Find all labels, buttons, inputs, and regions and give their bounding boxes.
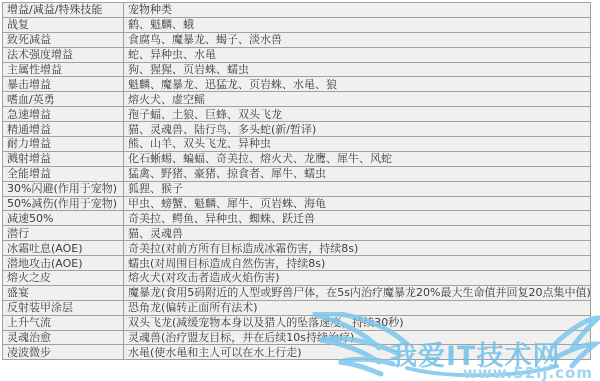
table-row: 溅射增益 化石蜥蜴、蝙蝠、奇美拉、熔火犬、龙鹰、犀牛、风蛇: [3, 151, 591, 166]
pets-cell: 化石蜥蜴、蝙蝠、奇美拉、熔火犬、龙鹰、犀牛、风蛇: [124, 151, 591, 166]
pet-skill-table: 增益/减益/特殊技能 宠物种类 战复 鹤、魁麟、蛾 致死减益 食腐鸟、魔暴龙、蝎…: [2, 2, 591, 360]
skill-cell: 凌波微步: [3, 345, 124, 360]
pets-cell: 孢子蝠、土狼、巨蜂、双头飞龙: [124, 107, 591, 122]
table-row: 潜地攻击(AOE) 蠕虫(对周围目标造成自然伤害，持续8s): [3, 256, 591, 271]
table-row: 暴击增益 魁麟、魔暴龙、迅猛龙、页岩蛛、水黾、狼: [3, 77, 591, 92]
pets-cell: 恐角龙(偏转正面所有法术): [124, 300, 591, 315]
table-row: 熔火之皮 熔火犬(对攻击者造成火焰伤害): [3, 271, 591, 286]
table-row: 凌波微步 水黾(使水黾和主人可以在水上行走): [3, 345, 591, 360]
header-pets-column: 宠物种类: [124, 3, 591, 18]
pets-cell: 双头飞龙(减缓宠物本身以及猎人的坠落速度，持续30秒): [124, 315, 591, 330]
table-row: 嗜血/英勇 熔火犬、虚空鳐: [3, 92, 591, 107]
skill-cell: 战复: [3, 17, 124, 32]
table-row: 主属性增益 狗、猩猩、页岩蛛、蠕虫: [3, 62, 591, 77]
skill-cell: 精通增益: [3, 122, 124, 137]
pets-cell: 水黾(使水黾和主人可以在水上行走): [124, 345, 591, 360]
skill-cell: 溅射增益: [3, 151, 124, 166]
skill-cell: 熔火之皮: [3, 271, 124, 286]
skill-cell: 法术强度增益: [3, 47, 124, 62]
skill-cell: 暴击增益: [3, 77, 124, 92]
skill-cell: 主属性增益: [3, 62, 124, 77]
skill-cell: 潜行: [3, 226, 124, 241]
header-skill-column: 增益/减益/特殊技能: [3, 3, 124, 18]
table-row: 战复 鹤、魁麟、蛾: [3, 17, 591, 32]
table-row: 减速50% 奇美拉、鳄鱼、异种虫、蜘蛛、跃迁兽: [3, 211, 591, 226]
table-row: 上升气流 双头飞龙(减缓宠物本身以及猎人的坠落速度，持续30秒): [3, 315, 591, 330]
pets-cell: 奇美拉、鳄鱼、异种虫、蜘蛛、跃迁兽: [124, 211, 591, 226]
pets-cell: 奇美拉(对前方所有目标造成冰霜伤害，持续8s): [124, 241, 591, 256]
skill-cell: 耐力增益: [3, 137, 124, 152]
pets-cell: 甲虫、螃蟹、魁麟、犀牛、页岩蛛、海龟: [124, 196, 591, 211]
pets-cell: 魁麟、魔暴龙、迅猛龙、页岩蛛、水黾、狼: [124, 77, 591, 92]
table-row: 盛宴 魔暴龙(食用5码附近的人型或野兽尸体，在5s内治疗魔暴龙20%最大生命值并…: [3, 285, 591, 300]
skill-cell: 盛宴: [3, 285, 124, 300]
pets-cell: 蛇、异种虫、水黾: [124, 47, 591, 62]
pets-cell: 蠕虫(对周围目标造成自然伤害，持续8s): [124, 256, 591, 271]
skill-cell: 50%减伤(作用于宠物): [3, 196, 124, 211]
pets-cell: 猫、灵魂兽、陆行鸟、多头蛇(新/暂译): [124, 122, 591, 137]
pets-cell: 狐狸、猴子: [124, 181, 591, 196]
skill-cell: 反射装甲涂层: [3, 300, 124, 315]
table-header-row: 增益/减益/特殊技能 宠物种类: [3, 3, 591, 18]
table-row: 反射装甲涂层 恐角龙(偏转正面所有法术): [3, 300, 591, 315]
pets-cell: 熊、山羊、双头飞龙、异种虫: [124, 137, 591, 152]
table-row: 急速增益 孢子蝠、土狼、巨蜂、双头飞龙: [3, 107, 591, 122]
table-row: 50%减伤(作用于宠物) 甲虫、螃蟹、魁麟、犀牛、页岩蛛、海龟: [3, 196, 591, 211]
pets-cell: 食腐鸟、魔暴龙、蝎子、淡水兽: [124, 32, 591, 47]
pets-cell: 熔火犬、虚空鳐: [124, 92, 591, 107]
table-row: 全能增益 猛禽、野猪、豪猪、掠食者、犀牛、蠕虫: [3, 166, 591, 181]
table-row: 精通增益 猫、灵魂兽、陆行鸟、多头蛇(新/暂译): [3, 122, 591, 137]
skill-cell: 冰霜吐息(AOE): [3, 241, 124, 256]
pets-cell: 熔火犬(对攻击者造成火焰伤害): [124, 271, 591, 286]
table-row: 潜行 猫、灵魂兽: [3, 226, 591, 241]
table-row: 耐力增益 熊、山羊、双头飞龙、异种虫: [3, 137, 591, 152]
table-row: 致死减益 食腐鸟、魔暴龙、蝎子、淡水兽: [3, 32, 591, 47]
skill-cell: 嗜血/英勇: [3, 92, 124, 107]
pets-cell: 猛禽、野猪、豪猪、掠食者、犀牛、蠕虫: [124, 166, 591, 181]
skill-cell: 上升气流: [3, 315, 124, 330]
pets-cell: 魔暴龙(食用5码附近的人型或野兽尸体，在5s内治疗魔暴龙20%最大生命值并回复2…: [124, 285, 591, 300]
pets-cell: 鹤、魁麟、蛾: [124, 17, 591, 32]
skill-cell: 潜地攻击(AOE): [3, 256, 124, 271]
table-row: 灵魂治愈 灵魂兽(治疗盟友目标，并在后续10s持续治疗): [3, 330, 591, 345]
page: 增益/减益/特殊技能 宠物种类 战复 鹤、魁麟、蛾 致死减益 食腐鸟、魔暴龙、蝎…: [0, 0, 600, 381]
pets-cell: 狗、猩猩、页岩蛛、蠕虫: [124, 62, 591, 77]
skill-cell: 减速50%: [3, 211, 124, 226]
pet-table-body: 战复 鹤、魁麟、蛾 致死减益 食腐鸟、魔暴龙、蝎子、淡水兽 法术强度增益 蛇、异…: [3, 17, 591, 359]
skill-cell: 30%闪避(作用于宠物): [3, 181, 124, 196]
skill-cell: 致死减益: [3, 32, 124, 47]
table-row: 30%闪避(作用于宠物) 狐狸、猴子: [3, 181, 591, 196]
table-row: 冰霜吐息(AOE) 奇美拉(对前方所有目标造成冰霜伤害，持续8s): [3, 241, 591, 256]
table-row: 法术强度增益 蛇、异种虫、水黾: [3, 47, 591, 62]
watermark-site-url: www.52ij.com: [463, 364, 593, 381]
pets-cell: 灵魂兽(治疗盟友目标，并在后续10s持续治疗): [124, 330, 591, 345]
pets-cell: 猫、灵魂兽: [124, 226, 591, 241]
skill-cell: 全能增益: [3, 166, 124, 181]
skill-cell: 急速增益: [3, 107, 124, 122]
skill-cell: 灵魂治愈: [3, 330, 124, 345]
